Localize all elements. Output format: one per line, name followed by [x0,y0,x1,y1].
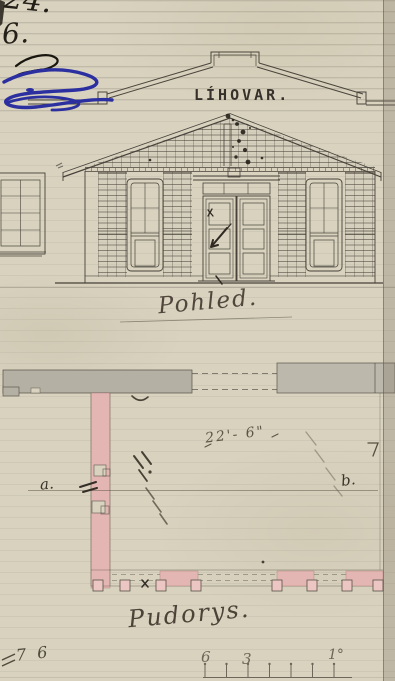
window-left [127,179,163,271]
building-title: LÍHOVAR. [194,88,290,103]
door-pencil-marks [208,209,231,284]
scanned-architectural-drawing: 24. 6. LÍHOVAR. Pohled. Pudorys. 22'- 6"… [0,0,395,681]
plan-marker-b: b. [340,472,356,489]
scale-number-3: 3 [242,652,252,667]
plan-opening-dashed [192,374,277,390]
plan-door-opening [92,501,105,513]
elevation-caption-underline [120,317,292,322]
entrance-door [193,168,280,281]
plan-wall-gray-right [277,363,395,393]
plan-marker-a: a. [39,476,54,492]
paper-fold-line [383,0,384,681]
window-right [306,179,342,271]
scale-number-6: 6 [201,650,211,665]
plan-door-opening [94,465,106,476]
scale-left-note: 7 6 [15,644,51,664]
scale-left-slash-mark [2,654,15,666]
floor-plan-drawing [3,363,395,591]
plan-pier-bases [93,580,383,591]
corner-handwritten-number-1: 24. [3,0,54,18]
elevation-drawing [0,114,395,288]
ink-blots [149,114,264,165]
adjacent-window-fragment [0,163,63,256]
plan-pencil-marks [80,396,378,587]
page-edge-shade [383,0,395,681]
scale-number-1: 1° [328,648,344,662]
corner-handwritten-number-2: 6. [1,19,30,49]
